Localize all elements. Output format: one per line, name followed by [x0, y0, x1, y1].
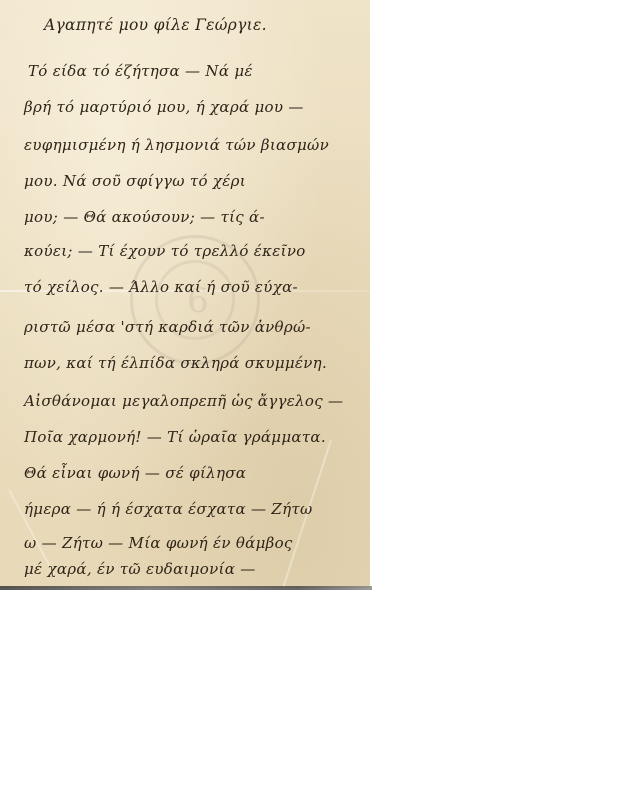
- letter-line-9: πων, καί τή έλπίδα σκληρά σκυμμένη.: [24, 354, 327, 372]
- letter-page: 6 Αγαπητέ μου φίλε Γεώργιε. Τό είδα τό έ…: [0, 0, 370, 588]
- letter-line-2: βρή τό μαρτύριό μου, ή χαρά μου —: [24, 98, 304, 116]
- letter-line-13: ήμερα — ή ή έσχατα έσχατα — Ζήτω: [24, 500, 313, 518]
- page-bottom-shadow: [0, 586, 372, 590]
- letter-line-1: Τό είδα τό έζήτησα — Νά μέ: [28, 62, 253, 80]
- letter-greeting: Αγαπητέ μου φίλε Γεώργιε.: [44, 16, 267, 34]
- letter-line-12: Θά εἶναι φωνή — σέ φίλησα: [24, 464, 246, 482]
- letter-line-5: μου; — Θά ακούσουν; — τίς ά-: [24, 208, 265, 226]
- letter-line-3: ευφημισμένη ή λησμονιά τών βιασμών: [24, 136, 329, 154]
- letter-line-8: ριστῶ μέσα 'στή καρδιά τῶν ἀνθρώ-: [24, 318, 311, 336]
- letter-line-10: Αἰσθάνομαι μεγαλοπρεπῆ ὡς ἄγγελος —: [24, 392, 343, 410]
- letter-line-6: κούει; — Τί έχουν τό τρελλό έκεῖνο: [24, 242, 306, 260]
- letter-line-7: τό χείλος. — Άλλο καί ή σοῦ εύχα-: [24, 278, 298, 296]
- letter-line-11: Ποῖα χαρμονή! — Τί ὡραῖα γράμματα.: [24, 428, 326, 446]
- letter-line-14: ω — Ζήτω — Μία φωνή έν θάμβος: [24, 534, 293, 552]
- letter-line-15: μέ χαρά, έν τῶ ευδαιμονία —: [24, 560, 256, 578]
- letter-line-4: μου. Νά σοῦ σφίγγω τό χέρι: [24, 172, 246, 190]
